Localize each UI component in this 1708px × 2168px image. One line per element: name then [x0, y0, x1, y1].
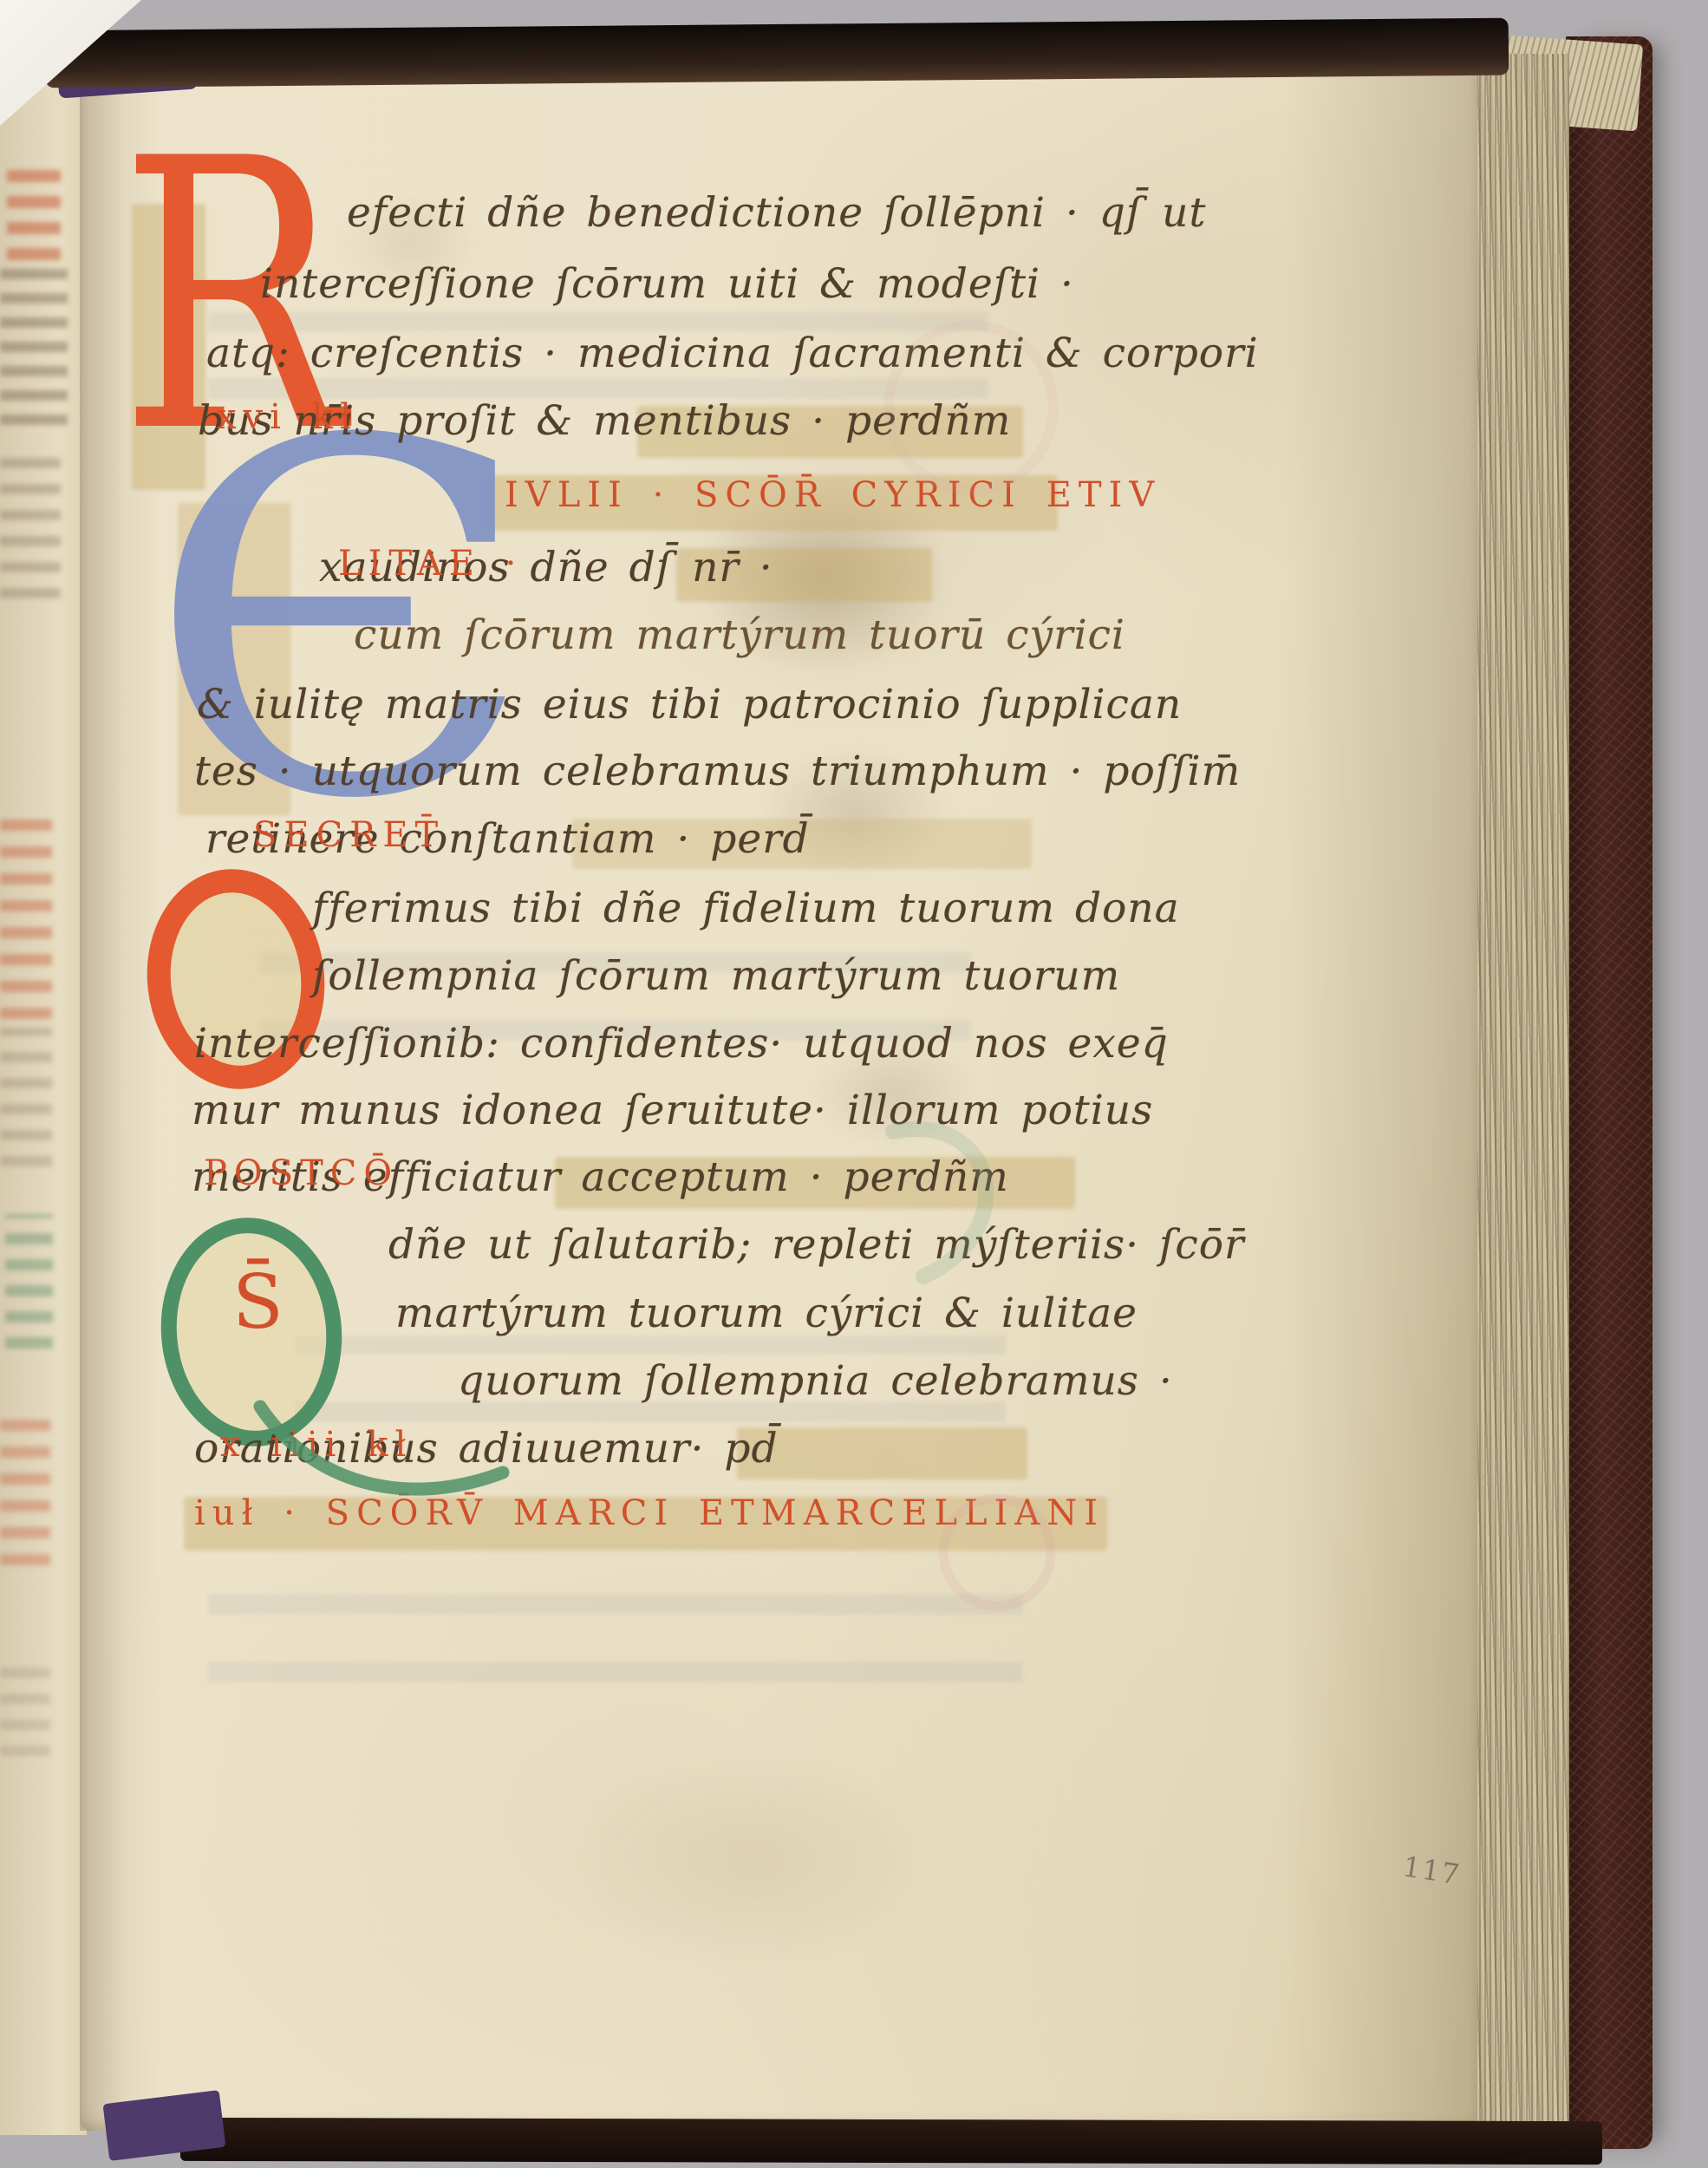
rubric-litae: LITAE · — [338, 544, 523, 584]
line-text: mur munus idonea ſeruitute· illorum poti… — [192, 1087, 1153, 1134]
line-text: martýrum tuorum cýrici & iulitae — [395, 1290, 1138, 1337]
line-text: tes · utquorum celebramus triumphum · po… — [194, 748, 1241, 795]
line-text: interceſſione ſcōrum uiti & modeſti · — [260, 260, 1074, 308]
book-cover-leather — [1566, 36, 1653, 2149]
initial-q-inner-s: S̄ — [232, 1259, 284, 1346]
showthrough-red-text — [7, 160, 61, 260]
showthrough-dark-text — [0, 264, 68, 425]
showthrough-red-text — [0, 815, 52, 1019]
rubric-postcommunio: POSTCŌ — [204, 1153, 399, 1193]
previous-page-sliver — [0, 0, 87, 2135]
rubric-calendar-xvi-kl: xvi kł — [217, 397, 358, 437]
line-text: ſollempnia ſcōrum martýrum tuorum — [312, 952, 1120, 1000]
yellow-wash-rubric — [737, 1427, 1027, 1479]
showthrough-dark-text — [0, 1028, 52, 1166]
rubric-feast-marci-marcelliani: iuł · SCŌRV̄ MARCI ETMARCELLIANI — [194, 1493, 1105, 1533]
line-text: quorum ſollempnia celebramus · — [458, 1357, 1173, 1405]
showthrough-green-text — [5, 1214, 53, 1348]
line-text: dñe ut ſalutarib; repleti mýſteriis· ſcō… — [388, 1221, 1245, 1269]
line-text: cum ſcōrum martýrum tuorū cýrici — [354, 611, 1125, 659]
rubric-calendar-xiiii-kl: x iiii kł — [220, 1425, 413, 1465]
cover-bottom-edge — [180, 2118, 1602, 2165]
line-text: & iulitę matris eius tibi patrocinio ſup… — [197, 681, 1182, 728]
text-bleedthrough — [208, 1587, 1023, 1700]
page-fore-edge — [1469, 54, 1569, 2139]
line-text: interceſſionib: confidentes· utquod nos … — [194, 1020, 1169, 1068]
rubric-feast-cyrici: IVLII · SCŌR̄ CYRICI ETIV — [505, 475, 1161, 515]
page-right-shading — [1283, 61, 1477, 2125]
showthrough-dark-text — [0, 455, 61, 598]
line-text: efecti dñe benedictione ſollēpni · qſ̄ u… — [347, 189, 1206, 237]
parchment-stain — [503, 1717, 988, 2003]
line-text: atq: creſcentis · medicina ſacramenti & … — [206, 330, 1259, 377]
line-text: fferimus tibi dñe fidelium tuorum dona — [312, 885, 1180, 932]
rubric-secret: SECRET̄ — [253, 815, 445, 855]
showthrough-red-text — [0, 1414, 50, 1565]
manuscript-photo: R Є S̄ efecti dñe benedictione ſollēpni … — [0, 0, 1708, 2168]
showthrough-dark-text — [0, 1652, 50, 1756]
